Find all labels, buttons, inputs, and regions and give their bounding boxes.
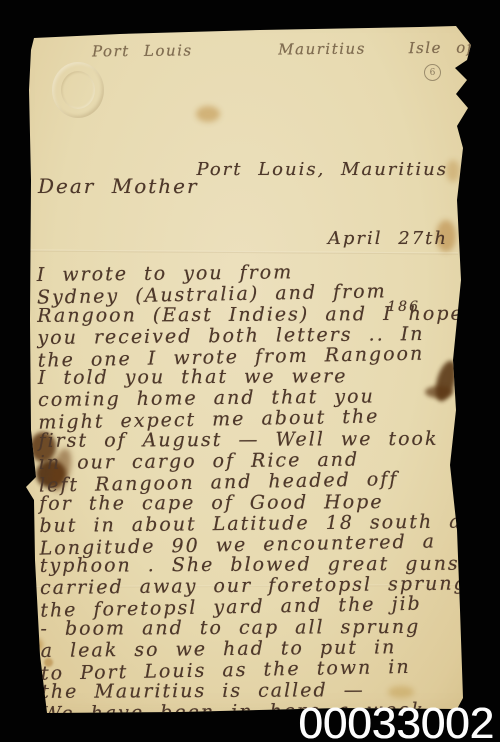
letter-line: first of August — Well we took bbox=[38, 428, 468, 451]
photograph-scene: Port Louis Mauritius Isle of France 6 Po… bbox=[0, 0, 500, 742]
letter-body: I wrote to you fromSydney (Australia) an… bbox=[36, 193, 472, 742]
embossed-seal-inner bbox=[61, 71, 95, 109]
top-inscription: Port Louis Mauritius Isle of France bbox=[92, 38, 500, 61]
letter-line: Rangoon (East Indies) and I hope bbox=[37, 302, 467, 325]
letter-line: - boom and to cap all sprung bbox=[40, 616, 470, 639]
embossed-seal bbox=[52, 62, 104, 118]
pencil-circled-mark: 6 bbox=[424, 64, 441, 81]
salutation: Dear Mother bbox=[38, 174, 199, 198]
letter-line: typhoon . She blowed great guns bbox=[40, 553, 470, 576]
catalog-number: 00033002 bbox=[298, 702, 494, 742]
letter-paper: Port Louis Mauritius Isle of France 6 Po… bbox=[0, 0, 500, 742]
letter-line: for the cape of Good Hope bbox=[39, 490, 469, 513]
foxing-stain-right-upper bbox=[446, 160, 460, 182]
place-line: Port Louis, Mauritius bbox=[196, 158, 448, 181]
letter-line: I told you that we were bbox=[38, 365, 468, 388]
